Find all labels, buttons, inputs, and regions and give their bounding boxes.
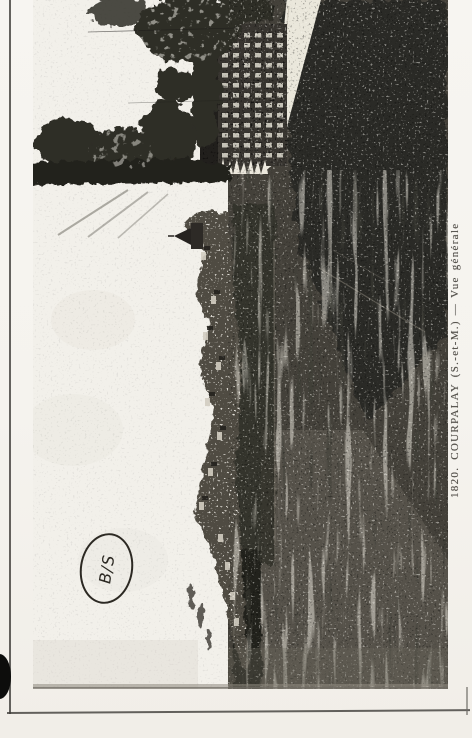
caption-number: 1820. xyxy=(449,467,461,498)
card-edge-bottom-line xyxy=(7,709,470,714)
annotation-text: B/S xyxy=(95,551,118,586)
halftone-texture xyxy=(228,0,448,689)
caption-title: COURPALAY (S.-et-M.) xyxy=(449,320,461,460)
caption-subtitle: Vue générale xyxy=(449,223,461,298)
card-edge-right-tick xyxy=(466,687,468,715)
postcard-caption: 1820.COURPALAY (S.-et-M.)—Vue générale xyxy=(449,223,461,498)
postcard-scan: 1820.COURPALAY (S.-et-M.)—Vue générale B… xyxy=(0,0,472,738)
card-edge-left-line xyxy=(9,0,11,714)
caption-separator: — xyxy=(449,303,461,315)
